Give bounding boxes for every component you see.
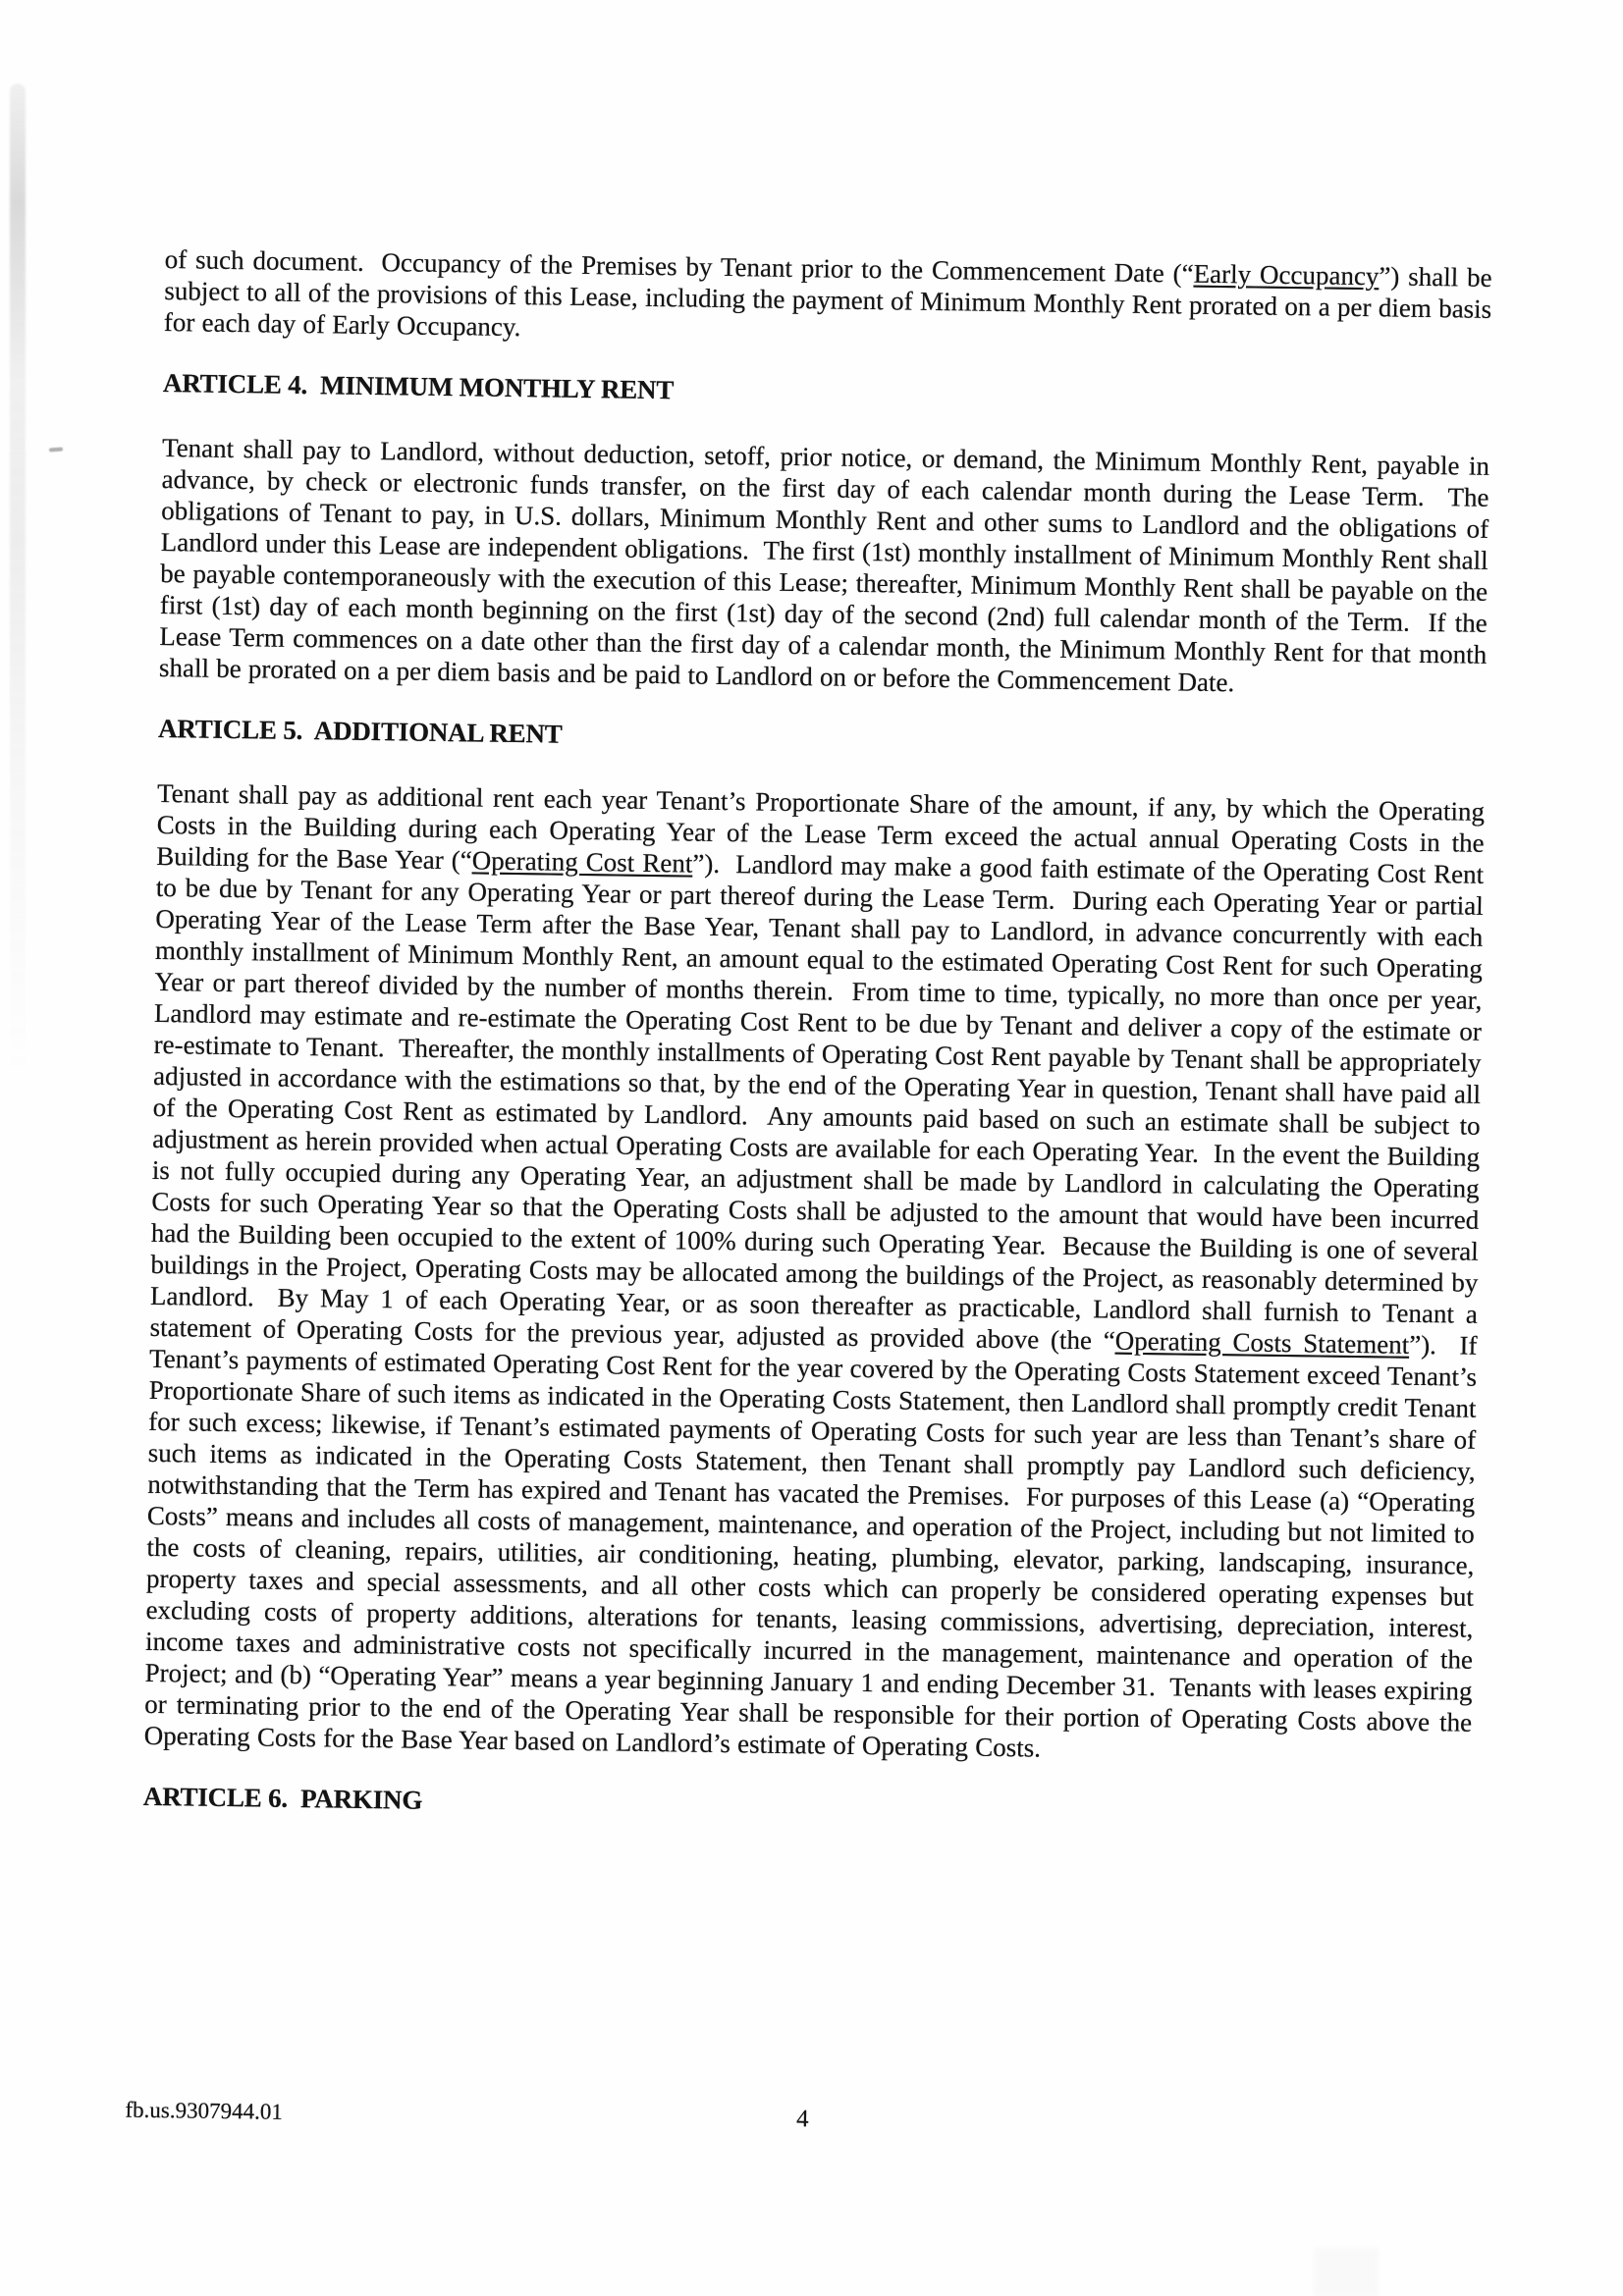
article-5-body-additional-rent: Tenant shall pay as additional rent each…	[144, 777, 1486, 1770]
scan-smudge	[1314, 2248, 1379, 2296]
scan-edge-artifact	[10, 83, 26, 1075]
article-4-body-minimum-monthly-rent: Tenant shall pay to Landlord, without de…	[159, 432, 1489, 702]
continuation-paragraph-early-occupancy: of such document. Occupancy of the Premi…	[164, 243, 1492, 356]
lease-text-block: of such document. Occupancy of the Premi…	[137, 243, 1492, 2225]
document-control-number: fb.us.9307944.01	[125, 2097, 283, 2126]
article-6-heading: ARTICLE 6. PARKING	[143, 1781, 1471, 1831]
article-5-heading: ARTICLE 5. ADDITIONAL RENT	[158, 713, 1486, 763]
scanned-lease-page: of such document. Occupancy of the Premi…	[0, 0, 1623, 2296]
page-number: 4	[796, 2106, 809, 2133]
article-4-heading: ARTICLE 4. MINIMUM MONTHLY RENT	[163, 367, 1490, 417]
page-footer: fb.us.9307944.01 4	[139, 2097, 1467, 2115]
scan-mark	[49, 448, 63, 453]
